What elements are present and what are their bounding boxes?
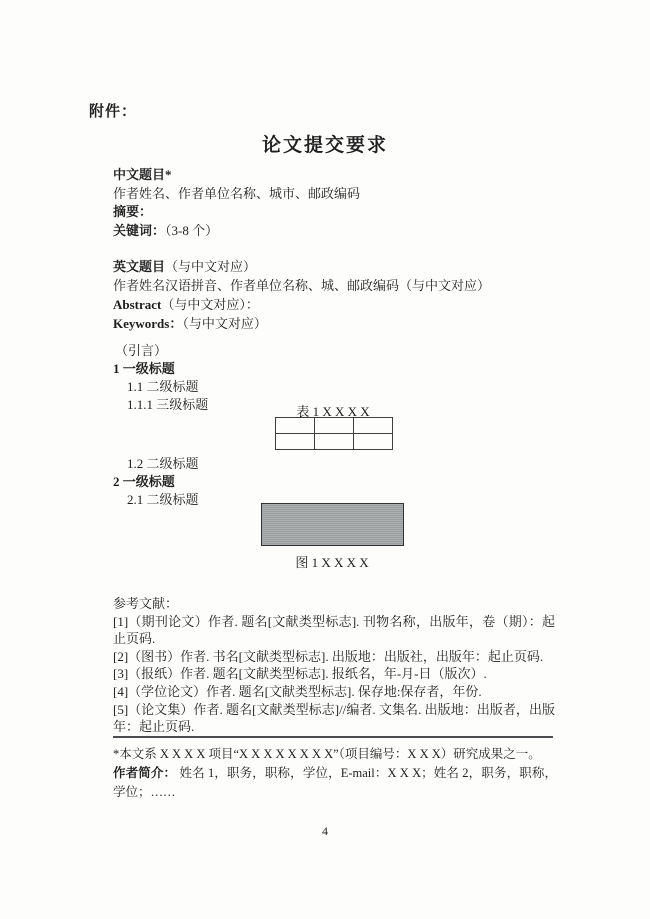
heading-level1-2: 2 一级标题 <box>113 473 175 490</box>
cn-authors-line: 作者姓名、作者单位名称、城市、邮政编码 <box>113 185 360 202</box>
figure-caption: 图 1 X X X X <box>261 552 403 571</box>
author-bio-note: 作者简介： 姓名 1，职务，职称，学位，E-mail：X X X；姓名 2，职务… <box>113 764 557 802</box>
sample-table <box>275 417 393 450</box>
en-keywords-note: （与中文对应） <box>182 316 267 331</box>
cn-keywords-note: （3-8 个） <box>165 223 218 238</box>
table-cell <box>315 434 354 450</box>
en-keywords-line: Keywords：（与中文对应） <box>113 315 267 332</box>
cn-keywords-line: 关键词：（3-8 个） <box>113 222 218 239</box>
table-cell <box>315 418 354 434</box>
cn-keywords-label: 关键词： <box>113 223 165 238</box>
author-bio-label: 作者简介： <box>113 766 176 780</box>
cn-title-line: 中文题目* <box>113 166 172 183</box>
page-number: 4 <box>0 824 650 839</box>
footnotes-section: *本文系 X X X X 项目“X X X X X X X X”（项目编号：X … <box>113 745 557 802</box>
table-cell <box>354 434 393 450</box>
reference-item: [3]（报纸）作者. 题名[文献类型标志]. 报纸名，年-月-日（版次）. <box>113 665 555 683</box>
reference-item: [4]（学位论文）作者. 题名[文献类型标志]. 保存地:保存者，年份. <box>113 683 555 701</box>
heading-level2-2-1: 2.1 二级标题 <box>127 491 199 508</box>
table-row <box>276 434 393 450</box>
table-cell <box>276 418 315 434</box>
en-title-line: 英文题目（与中文对应） <box>113 258 256 275</box>
heading-level2-1-1: 1.1 二级标题 <box>127 378 199 395</box>
attachment-label: 附件： <box>89 100 137 121</box>
en-abstract-note: （与中文对应）： <box>161 297 259 312</box>
heading-level2-1-2: 1.2 二级标题 <box>127 455 199 472</box>
page-title: 论文提交要求 <box>0 130 650 157</box>
author-bio-text: 姓名 1，职务，职称，学位，E-mail：X X X；姓名 2，职务，职称，学位… <box>113 766 557 799</box>
table-cell <box>276 434 315 450</box>
en-authors-line: 作者姓名汉语拼音、作者单位名称、城、邮政编码（与中文对应） <box>113 277 490 294</box>
en-title-note: （与中文对应） <box>165 259 256 274</box>
references-section: 参考文献： [1]（期刊论文）作者. 题名[文献类型标志]. 刊物名称，出版年，… <box>113 595 555 736</box>
en-title-label: 英文题目 <box>113 259 165 274</box>
cn-abstract-label: 摘要： <box>113 204 152 219</box>
footnote-separator <box>113 736 553 738</box>
funding-note: *本文系 X X X X 项目“X X X X X X X X”（项目编号：X … <box>113 745 557 764</box>
cn-abstract-line: 摘要： <box>113 203 152 220</box>
en-keywords-label: Keywords： <box>113 316 182 331</box>
reference-item: [5]（论文集）作者. 题名[文献类型标志]//编者. 文集名. 出版地：出版者… <box>113 701 555 736</box>
reference-item: [2]（图书）作者. 书名[文献类型标志]. 出版地：出版社，出版年：起止页码. <box>113 648 555 666</box>
table-cell <box>354 418 393 434</box>
sample-figure-placeholder <box>261 503 404 546</box>
table-row <box>276 418 393 434</box>
en-abstract-line: Abstract（与中文对应）： <box>113 296 259 313</box>
heading-level1-1: 1 一级标题 <box>113 360 175 377</box>
intro-line: （引言） <box>115 342 167 359</box>
cn-title-label: 中文题目* <box>113 167 172 182</box>
en-abstract-label: Abstract <box>113 297 161 312</box>
document-page: 附件： 论文提交要求 中文题目* 作者姓名、作者单位名称、城市、邮政编码 摘要：… <box>0 0 650 919</box>
references-heading: 参考文献： <box>113 595 555 613</box>
heading-level3-1-1-1: 1.1.1 三级标题 <box>127 396 208 413</box>
reference-item: [1]（期刊论文）作者. 题名[文献类型标志]. 刊物名称，出版年，卷（期）：起… <box>113 613 555 648</box>
